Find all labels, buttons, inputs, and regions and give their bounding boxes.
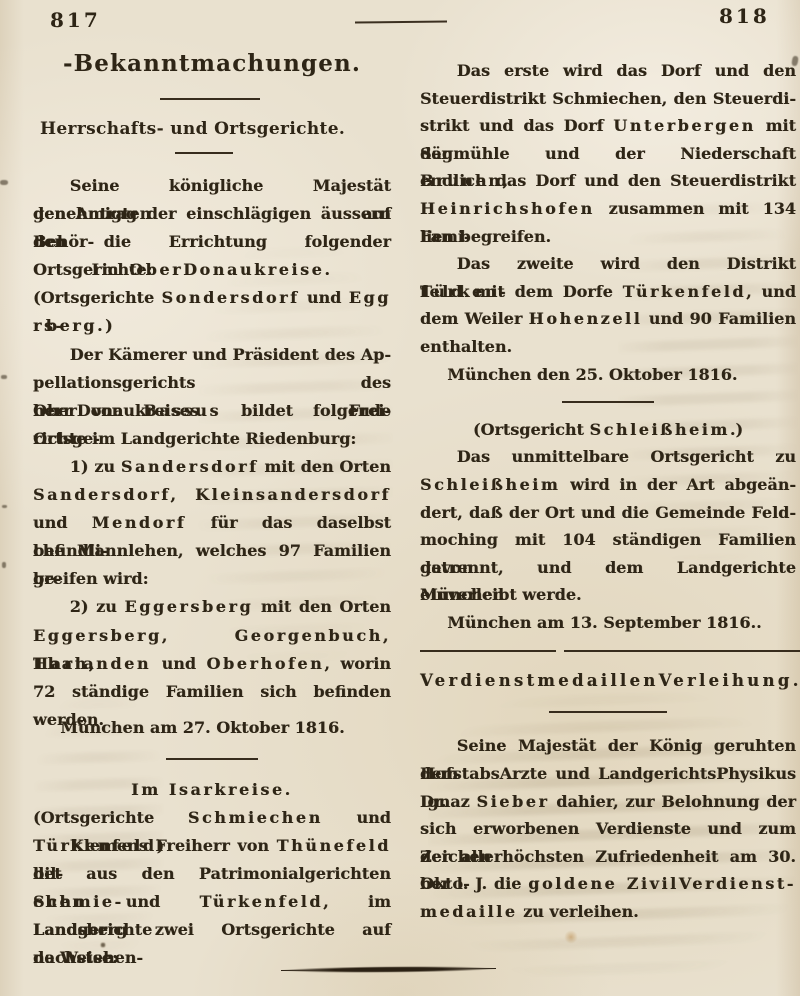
separator-rule-tiny	[420, 698, 796, 726]
text-line: und Mendorf für das daselbst befindli-	[33, 509, 391, 537]
text-line: Seine königliche Majestät genehmigten au…	[33, 172, 391, 200]
text-line: moching mit 104 ständigen Familien davon	[420, 526, 796, 554]
scan-artifact	[1, 375, 7, 379]
text-line: München am 27. Oktober 1816.	[33, 714, 391, 742]
separator-rule-double	[420, 638, 796, 664]
end-of-article-swelled-rule	[281, 965, 496, 974]
text-line: sich erworbenen Verdienste und zum Zeich…	[420, 815, 796, 843]
text-line: feld mit dem Dorfe Türkenfeld, und	[420, 278, 796, 306]
text-line: Klemens Freiherr von Thünefeld bil-	[33, 832, 391, 860]
text-line: Landsberg zwei Ortsgerichte auf nachsteh…	[33, 916, 391, 944]
text-line: strikt und das Dorf Unterbergen mit der	[420, 112, 796, 140]
text-line: München am 13. September 1816..	[420, 609, 796, 637]
text-line: (Ortsgerichte Schmiechen und Türkenfeld)	[33, 804, 391, 832]
text-line: Das erste wird das Dorf und den	[420, 57, 796, 85]
text-line: den Antrag der einschlägigen äussern Beh…	[33, 200, 391, 228]
text-line: Steuerdistrikt Schmiechen, den Steuerdi-	[420, 85, 796, 113]
text-line: endlich das Dorf und den Steuerdistrikt	[420, 167, 796, 195]
text-line: Harlanden und Oberhofen, worin	[33, 650, 391, 678]
text-line: chen und Türkenfeld, im Landgerichte	[33, 888, 391, 916]
text-line: getrennt, und dem Landgerichte München	[420, 554, 796, 582]
text-line: richte im Landgerichte Riedenburg:	[33, 425, 391, 453]
text-line: Sandersdorf, Kleinsandersdorf	[33, 481, 391, 509]
section-underline-rule	[175, 152, 233, 154]
announcements-title: -Bekanntmachungen.	[33, 50, 391, 77]
text-line: München den 25. Oktober 1816.	[420, 361, 796, 389]
text-line: Schleißheim wird in der Art abgeän-	[420, 471, 796, 499]
text-line: den die Errichtung folgender Ortsgericht…	[33, 228, 391, 256]
scan-artifact	[2, 505, 7, 508]
title-underline-rule	[160, 98, 260, 100]
column-left-body: Seine königliche Majestät genehmigten au…	[33, 172, 391, 973]
text-line: medaille zu verleihen.	[420, 898, 796, 926]
text-line: der allerhöchsten Zufriedenheit am 30. O…	[420, 843, 796, 871]
text-line: berg.)	[33, 312, 391, 340]
text-line: greifen wird:	[33, 565, 391, 593]
scan-artifact	[0, 180, 8, 185]
text-line: Der Kämerer und Präsident des Ap-	[33, 341, 391, 369]
text-line: pellationsgerichts des OberDonaukreises …	[33, 369, 391, 397]
text-line: 1) zu Sandersdorf mit den Orten	[33, 453, 391, 481]
text-line: einverleibt werde.	[420, 581, 796, 609]
text-line: enthalten.	[420, 333, 796, 361]
text-line: VerdienstmedaillenVerleihung.	[420, 664, 796, 698]
separator-rule-short	[420, 388, 796, 416]
section-title-courts: Herrschafts- und Ortsgerichte.	[40, 119, 314, 139]
page-number-left: 817	[50, 8, 101, 32]
page-number-right: 818	[719, 4, 770, 28]
text-line: Im Isarkreise.	[33, 776, 391, 804]
text-line: 2) zu Eggersberg mit den Orten	[33, 593, 391, 621]
text-line: dert, daß der Ort und die Gemeinde Feld-	[420, 499, 796, 527]
text-line: Eggersberg, Georgenbuch, Than,	[33, 622, 391, 650]
text-line: che Mannlehen, welches 97 Familien be-	[33, 537, 391, 565]
gazette-page: 817 818 -Bekanntmachungen. Herrschafts- …	[0, 0, 800, 996]
text-line: dem Weiler Hohenzell und 90 Familien	[420, 305, 796, 333]
text-line: Sägmühle und der Niederschaft Brunen,	[420, 140, 796, 168]
text-line: ber l. J. die goldene ZivilVerdienst-	[420, 870, 796, 898]
text-line: Seine Majestät der König geruhten dem	[420, 732, 796, 760]
text-line: Das zweite wird den Distrikt Türken-	[420, 250, 796, 278]
scan-artifact	[2, 562, 6, 568]
text-line: Heinrichshofen zusammen mit 134 Fami-	[420, 195, 796, 223]
header-center-rule	[355, 21, 447, 24]
text-line: Das unmittelbare Ortsgericht zu	[420, 443, 796, 471]
text-line: (Ortsgerichte Sondersdorf und Egg rs-	[33, 284, 391, 312]
text-line: Ignaz Sieber dahier, zur Belohnung der	[420, 788, 796, 816]
text-line: herr von Bassus bildet folgende Ortsge-	[33, 397, 391, 425]
text-line: lien begreifen.	[420, 223, 796, 251]
text-line: (Ortsgericht Schleißheim.)	[420, 416, 796, 444]
text-line: 72 ständige Familien sich befinden werde…	[33, 678, 391, 706]
text-line: HofstabsArzte und LandgerichtsPhysikus D…	[420, 760, 796, 788]
column-right-body: Das erste wird das Dorf und denSteuerdis…	[420, 57, 796, 926]
text-line: det aus den Patrimonialgerichten Schmie-	[33, 860, 391, 888]
separator-rule-short	[33, 742, 391, 776]
